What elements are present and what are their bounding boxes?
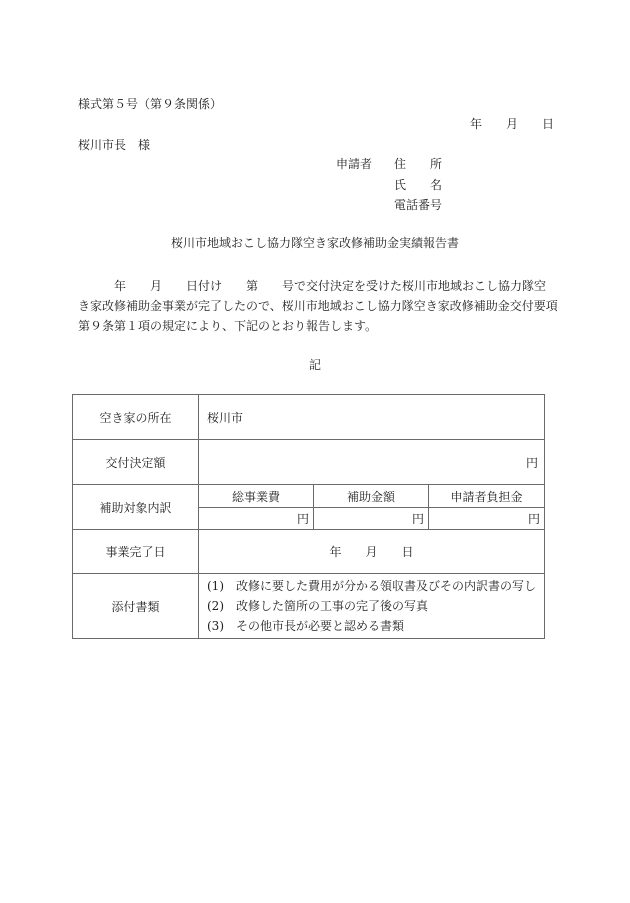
- location-value[interactable]: 桜川市: [199, 395, 545, 440]
- body-line-3: 第９条第１項の規定により、下記のとおり報告します。: [78, 316, 553, 336]
- location-label: 空き家の所在: [73, 395, 199, 440]
- attachment-item: (1) 改修に要した費用が分かる領収書及びその内訳書の写し: [207, 576, 544, 596]
- applicant-label: 申請者: [336, 157, 372, 171]
- form-number: 様式第５号（第９条関係）: [78, 97, 222, 111]
- date-month: 月: [506, 117, 518, 131]
- ki-heading: 記: [0, 358, 630, 372]
- address-label: 住 所: [394, 157, 442, 171]
- row-breakdown-header: 補助対象内訳 総事業費 補助金額 申請者負担金: [73, 485, 545, 508]
- applicant-share-header: 申請者負担金: [429, 485, 545, 508]
- body-line-2: き家改修補助金事業が完了したので、桜川市地域おこし協力隊空き家改修補助金交付要項: [78, 296, 553, 316]
- subsidy-amount-value[interactable]: 円: [314, 508, 429, 530]
- completion-day: 日: [402, 545, 414, 559]
- phone-label: 電話番号: [394, 198, 442, 212]
- date-year: 年: [470, 117, 482, 131]
- breakdown-label: 補助対象内訳: [73, 485, 199, 530]
- total-cost-header: 総事業費: [199, 485, 314, 508]
- total-cost-value[interactable]: 円: [199, 508, 314, 530]
- document-title: 桜川市地域おこし協力隊空き家改修補助金実績報告書: [0, 236, 630, 250]
- attachments-list: (1) 改修に要した費用が分かる領収書及びその内訳書の写し (2) 改修した箇所…: [199, 574, 545, 639]
- row-attachments: 添付書類 (1) 改修に要した費用が分かる領収書及びその内訳書の写し (2) 改…: [73, 574, 545, 639]
- attachments-label: 添付書類: [73, 574, 199, 639]
- date-day: 日: [542, 117, 554, 131]
- row-grant-decision: 交付決定額 円: [73, 440, 545, 485]
- applicant-share-value[interactable]: 円: [429, 508, 545, 530]
- report-table: 空き家の所在 桜川市 交付決定額 円 補助対象内訳 総事業費 補助金額 申請者負…: [72, 394, 545, 639]
- row-completion: 事業完了日 年月日: [73, 530, 545, 574]
- completion-year: 年: [329, 545, 341, 559]
- grant-decision-value[interactable]: 円: [199, 440, 545, 485]
- completion-label: 事業完了日: [73, 530, 199, 574]
- completion-date-value[interactable]: 年月日: [199, 530, 545, 574]
- row-location: 空き家の所在 桜川市: [73, 395, 545, 440]
- attachment-item: (3) その他市長が必要と認める書類: [207, 616, 544, 636]
- addressee: 桜川市長 様: [78, 138, 150, 152]
- subsidy-amount-header: 補助金額: [314, 485, 429, 508]
- attachment-item: (2) 改修した箇所の工事の完了後の写真: [207, 596, 544, 616]
- submission-date: 年月日: [470, 117, 554, 131]
- grant-decision-label: 交付決定額: [73, 440, 199, 485]
- body-line-1: 年 月 日付け 第 号で交付決定を受けた桜川市地域おこし協力隊空: [78, 276, 553, 296]
- name-label: 氏 名: [394, 178, 442, 192]
- body-paragraph: 年 月 日付け 第 号で交付決定を受けた桜川市地域おこし協力隊空 き家改修補助金…: [78, 276, 553, 336]
- completion-month: 月: [366, 545, 378, 559]
